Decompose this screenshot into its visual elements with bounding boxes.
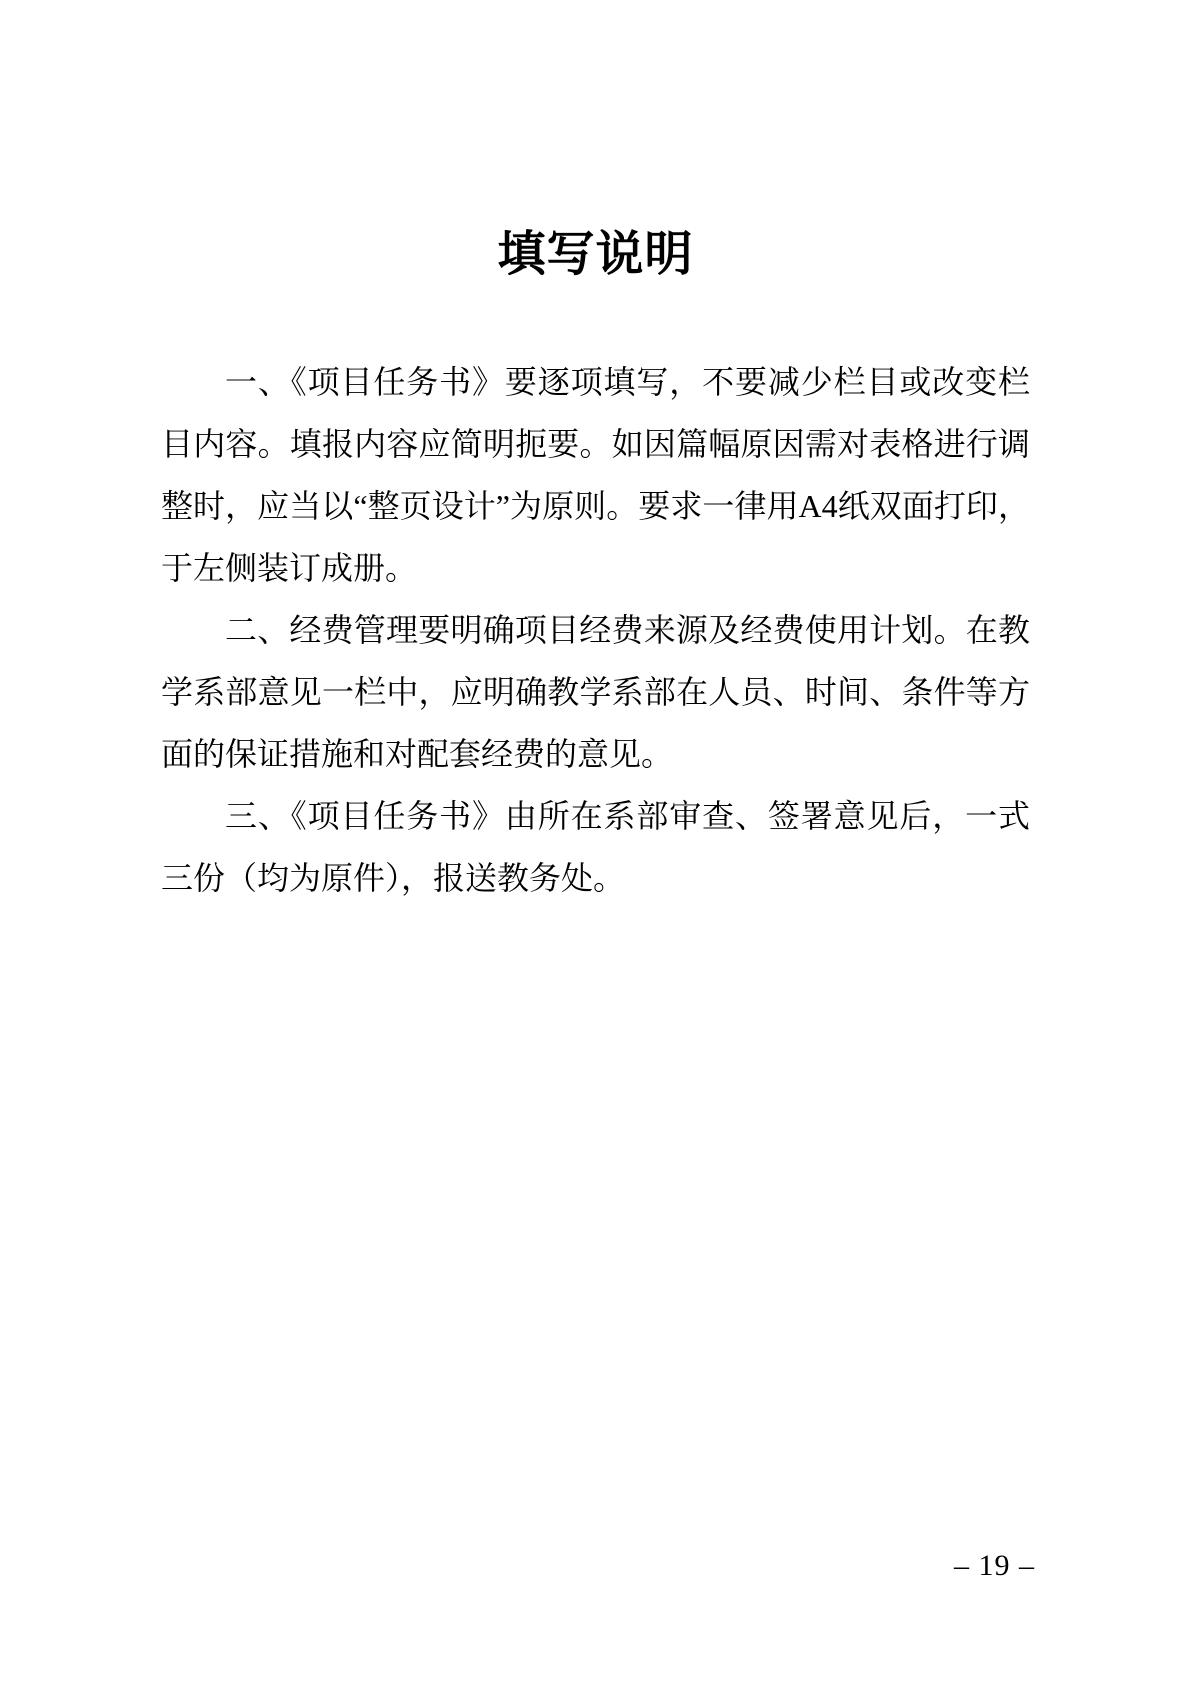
document-page: 填写说明 一、《项目任务书》要逐项填写，不要减少栏目或改变栏目内容。填报内容应简… [0,0,1191,1684]
document-body: 一、《项目任务书》要逐项填写，不要减少栏目或改变栏目内容。填报内容应简明扼要。如… [161,351,1030,909]
page-title: 填写说明 [0,226,1191,284]
instruction-paragraph-3: 三、《项目任务书》由所在系部审查、签署意见后，一式三份（均为原件），报送教务处。 [161,785,1030,909]
instruction-paragraph-2: 二、经费管理要明确项目经费来源及经费使用计划。在教学系部意见一栏中，应明确教学系… [161,599,1030,785]
instruction-paragraph-1: 一、《项目任务书》要逐项填写，不要减少栏目或改变栏目内容。填报内容应简明扼要。如… [161,351,1030,599]
page-number: – 19 – [954,1549,1035,1583]
